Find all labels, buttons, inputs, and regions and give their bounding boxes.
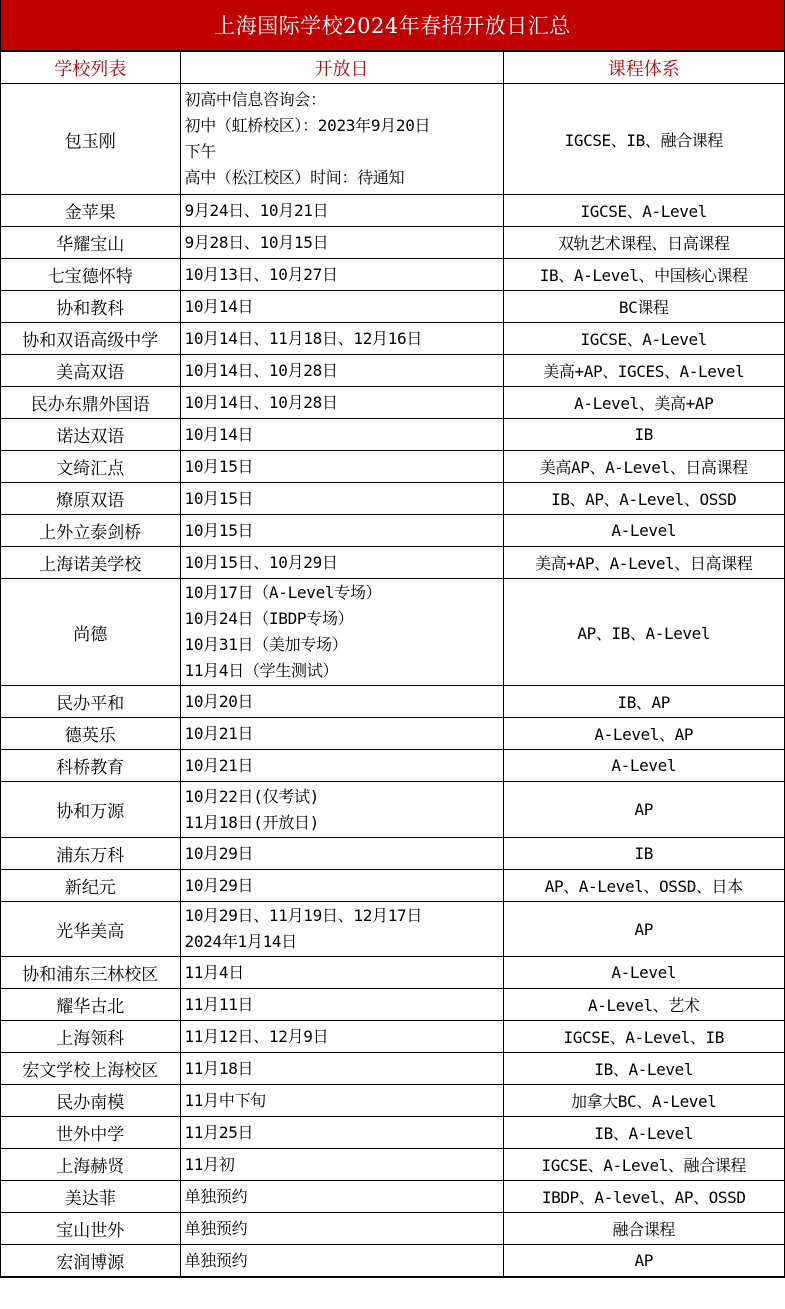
school-name-cell: 光华美高 — [1, 902, 180, 957]
open-day-table: 学校列表 开放日 课程体系 包玉刚初高中信息咨询会：初中（虹桥校区）：2023年… — [1, 51, 784, 1277]
school-name-cell: 尚德 — [1, 579, 180, 686]
school-name-cell: 燎原双语 — [1, 483, 180, 515]
school-name-cell: 诺达双语 — [1, 419, 180, 451]
curriculum-cell: A-Level、艺术 — [503, 989, 784, 1021]
school-name-cell: 协和万源 — [1, 782, 180, 838]
table-row: 德英乐10月21日A-Level、AP — [1, 718, 784, 750]
open-day-line: 初高中信息咨询会： — [185, 87, 503, 113]
open-day-line: 10月21日 — [185, 721, 503, 747]
school-name-cell: 德英乐 — [1, 718, 180, 750]
open-day-cell: 10月17日（A-Level专场）10月24日（IBDP专场）10月31日（美加… — [180, 579, 503, 686]
school-name-cell: 宏润博源 — [1, 1245, 180, 1277]
open-day-line: 11月初 — [185, 1152, 503, 1178]
table-row: 新纪元10月29日AP、A-Level、OSSD、日本 — [1, 870, 784, 902]
table-row: 上海诺美学校10月15日、10月29日美高+AP、A-Level、日高课程 — [1, 547, 784, 579]
open-day-cell: 10月14日 — [180, 419, 503, 451]
table-row: 宝山世外单独预约融合课程 — [1, 1213, 784, 1245]
table-row: 耀华古北11月11日A-Level、艺术 — [1, 989, 784, 1021]
open-day-cell: 单独预约 — [180, 1181, 503, 1213]
open-day-cell: 10月13日、10月27日 — [180, 259, 503, 291]
school-name-cell: 协和教科 — [1, 291, 180, 323]
open-day-line: 10月29日 — [185, 841, 503, 867]
curriculum-cell: AP — [503, 902, 784, 957]
open-day-cell: 单独预约 — [180, 1245, 503, 1277]
curriculum-cell: AP — [503, 1245, 784, 1277]
table-row: 上外立泰剑桥10月15日A-Level — [1, 515, 784, 547]
open-day-line: 11月18日(开放日) — [185, 810, 503, 836]
curriculum-cell: AP、A-Level、OSSD、日本 — [503, 870, 784, 902]
table-row: 上海领科11月12日、12月9日IGCSE、A-Level、IB — [1, 1021, 784, 1053]
open-day-cell: 10月14日 — [180, 291, 503, 323]
school-name-cell: 耀华古北 — [1, 989, 180, 1021]
school-name-cell: 上海领科 — [1, 1021, 180, 1053]
school-name-cell: 文绮汇点 — [1, 451, 180, 483]
open-day-line: 11月11日 — [185, 992, 503, 1018]
open-day-line: 10月29日、11月19日、12月17日 — [185, 903, 503, 929]
curriculum-cell: 加拿大BC、A-Level — [503, 1085, 784, 1117]
open-day-line: 10月24日（IBDP专场） — [185, 606, 503, 632]
open-day-cell: 11月4日 — [180, 957, 503, 989]
table-row: 金苹果9月24日、10月21日IGCSE、A-Level — [1, 195, 784, 227]
table-row: 华耀宝山9月28日、10月15日双轨艺术课程、日高课程 — [1, 227, 784, 259]
curriculum-cell: A-Level — [503, 750, 784, 782]
curriculum-cell: BC课程 — [503, 291, 784, 323]
curriculum-cell: A-Level — [503, 515, 784, 547]
open-day-line: 10月14日 — [185, 294, 503, 320]
open-day-cell: 9月24日、10月21日 — [180, 195, 503, 227]
curriculum-cell: IB — [503, 419, 784, 451]
curriculum-cell: IGCSE、A-Level — [503, 195, 784, 227]
school-name-cell: 民办南模 — [1, 1085, 180, 1117]
curriculum-cell: IB、A-Level — [503, 1053, 784, 1085]
open-day-line: 10月15日 — [185, 454, 503, 480]
open-day-cell: 10月21日 — [180, 750, 503, 782]
open-day-line: 10月15日、10月29日 — [185, 550, 503, 576]
curriculum-cell: A-Level — [503, 957, 784, 989]
open-day-line: 11月12日、12月9日 — [185, 1024, 503, 1050]
table-row: 协和双语高级中学10月14日、11月18日、12月16日IGCSE、A-Leve… — [1, 323, 784, 355]
curriculum-cell: A-Level、AP — [503, 718, 784, 750]
open-day-cell: 10月15日、10月29日 — [180, 547, 503, 579]
curriculum-cell: 美高+AP、A-Level、日高课程 — [503, 547, 784, 579]
open-day-cell: 11月18日 — [180, 1053, 503, 1085]
open-day-line: 10月14日、10月28日 — [185, 358, 503, 384]
school-name-cell: 科桥教育 — [1, 750, 180, 782]
table-row: 七宝德怀特10月13日、10月27日IB、A-Level、中国核心课程 — [1, 259, 784, 291]
table-body: 包玉刚初高中信息咨询会：初中（虹桥校区）：2023年9月20日下午高中（松江校区… — [1, 84, 784, 1277]
table-row: 包玉刚初高中信息咨询会：初中（虹桥校区）：2023年9月20日下午高中（松江校区… — [1, 84, 784, 195]
table-row: 美高双语10月14日、10月28日美高+AP、IGCES、A-Level — [1, 355, 784, 387]
column-header-row: 学校列表 开放日 课程体系 — [1, 52, 784, 84]
table-row: 科桥教育10月21日A-Level — [1, 750, 784, 782]
open-day-cell: 10月15日 — [180, 451, 503, 483]
curriculum-cell: IB — [503, 838, 784, 870]
table-row: 文绮汇点10月15日美高AP、A-Level、日高课程 — [1, 451, 784, 483]
school-name-cell: 新纪元 — [1, 870, 180, 902]
school-name-cell: 宝山世外 — [1, 1213, 180, 1245]
table-row: 光华美高10月29日、11月19日、12月17日2024年1月14日AP — [1, 902, 784, 957]
column-header-curriculum: 课程体系 — [503, 52, 784, 84]
table-title: 上海国际学校2024年春招开放日汇总 — [1, 0, 784, 51]
open-day-line: 2024年1月14日 — [185, 929, 503, 955]
table-row: 协和万源10月22日(仅考试)11月18日(开放日)AP — [1, 782, 784, 838]
open-day-line: 10月22日(仅考试) — [185, 784, 503, 810]
open-day-cell: 单独预约 — [180, 1213, 503, 1245]
open-day-line: 10月13日、10月27日 — [185, 262, 503, 288]
table-row: 民办平和10月20日IB、AP — [1, 686, 784, 718]
school-name-cell: 世外中学 — [1, 1117, 180, 1149]
curriculum-cell: 双轨艺术课程、日高课程 — [503, 227, 784, 259]
open-day-cell: 10月15日 — [180, 483, 503, 515]
open-day-line: 10月21日 — [185, 753, 503, 779]
open-day-line: 10月17日（A-Level专场） — [185, 580, 503, 606]
curriculum-cell: 美高+AP、IGCES、A-Level — [503, 355, 784, 387]
open-day-cell: 10月20日 — [180, 686, 503, 718]
curriculum-cell: IGCSE、IB、融合课程 — [503, 84, 784, 195]
open-day-line: 10月14日、11月18日、12月16日 — [185, 326, 503, 352]
open-day-cell: 10月14日、10月28日 — [180, 355, 503, 387]
open-day-cell: 9月28日、10月15日 — [180, 227, 503, 259]
school-name-cell: 包玉刚 — [1, 84, 180, 195]
curriculum-cell: 美高AP、A-Level、日高课程 — [503, 451, 784, 483]
curriculum-cell: AP — [503, 782, 784, 838]
curriculum-cell: A-Level、美高+AP — [503, 387, 784, 419]
open-day-cell: 11月11日 — [180, 989, 503, 1021]
school-name-cell: 七宝德怀特 — [1, 259, 180, 291]
open-day-line: 单独预约 — [185, 1248, 503, 1274]
table-row: 民办南模11月中下旬加拿大BC、A-Level — [1, 1085, 784, 1117]
table-row: 浦东万科10月29日IB — [1, 838, 784, 870]
open-day-line: 初中（虹桥校区）：2023年9月20日 — [185, 113, 503, 139]
open-day-line: 11月4日 — [185, 960, 503, 986]
school-name-cell: 浦东万科 — [1, 838, 180, 870]
open-day-cell: 初高中信息咨询会：初中（虹桥校区）：2023年9月20日下午高中（松江校区）时间… — [180, 84, 503, 195]
table-row: 上海赫贤11月初IGCSE、A-Level、融合课程 — [1, 1149, 784, 1181]
open-day-line: 11月中下旬 — [185, 1088, 503, 1114]
school-name-cell: 上外立泰剑桥 — [1, 515, 180, 547]
open-day-cell: 11月初 — [180, 1149, 503, 1181]
curriculum-cell: AP、IB、A-Level — [503, 579, 784, 686]
curriculum-cell: IGCSE、A-Level、IB — [503, 1021, 784, 1053]
curriculum-cell: IBDP、A-level、AP、OSSD — [503, 1181, 784, 1213]
column-header-open-day: 开放日 — [180, 52, 503, 84]
curriculum-cell: IB、A-Level — [503, 1117, 784, 1149]
open-day-line: 10月31日（美加专场） — [185, 632, 503, 658]
school-name-cell: 金苹果 — [1, 195, 180, 227]
open-day-line: 10月15日 — [185, 518, 503, 544]
table-row: 协和浦东三林校区11月4日A-Level — [1, 957, 784, 989]
table-row: 宏文学校上海校区11月18日IB、A-Level — [1, 1053, 784, 1085]
table-row: 诺达双语10月14日IB — [1, 419, 784, 451]
open-day-cell: 11月25日 — [180, 1117, 503, 1149]
school-name-cell: 民办东鼎外国语 — [1, 387, 180, 419]
table-row: 宏润博源单独预约AP — [1, 1245, 784, 1277]
open-day-cell: 10月22日(仅考试)11月18日(开放日) — [180, 782, 503, 838]
table-row: 协和教科10月14日BC课程 — [1, 291, 784, 323]
school-name-cell: 美达菲 — [1, 1181, 180, 1213]
table-row: 民办东鼎外国语10月14日、10月28日A-Level、美高+AP — [1, 387, 784, 419]
open-day-line: 11月18日 — [185, 1056, 503, 1082]
curriculum-cell: 融合课程 — [503, 1213, 784, 1245]
open-day-cell: 10月15日 — [180, 515, 503, 547]
open-day-line: 11月4日（学生测试） — [185, 658, 503, 684]
table-row: 尚德10月17日（A-Level专场）10月24日（IBDP专场）10月31日（… — [1, 579, 784, 686]
open-day-line: 11月25日 — [185, 1120, 503, 1146]
school-name-cell: 华耀宝山 — [1, 227, 180, 259]
column-header-school: 学校列表 — [1, 52, 180, 84]
open-day-line: 10月15日 — [185, 486, 503, 512]
school-name-cell: 美高双语 — [1, 355, 180, 387]
school-name-cell: 上海赫贤 — [1, 1149, 180, 1181]
open-day-cell: 11月12日、12月9日 — [180, 1021, 503, 1053]
table-row: 世外中学11月25日IB、A-Level — [1, 1117, 784, 1149]
open-day-line: 9月24日、10月21日 — [185, 198, 503, 224]
curriculum-cell: IB、AP、A-Level、OSSD — [503, 483, 784, 515]
open-day-line: 10月20日 — [185, 689, 503, 715]
spreadsheet: 上海国际学校2024年春招开放日汇总 学校列表 开放日 课程体系 包玉刚初高中信… — [0, 0, 785, 1278]
open-day-cell: 10月29日 — [180, 838, 503, 870]
open-day-cell: 10月14日、10月28日 — [180, 387, 503, 419]
open-day-cell: 10月21日 — [180, 718, 503, 750]
school-name-cell: 协和双语高级中学 — [1, 323, 180, 355]
curriculum-cell: IGCSE、A-Level、融合课程 — [503, 1149, 784, 1181]
school-name-cell: 宏文学校上海校区 — [1, 1053, 180, 1085]
open-day-cell: 10月29日 — [180, 870, 503, 902]
open-day-cell: 10月14日、11月18日、12月16日 — [180, 323, 503, 355]
curriculum-cell: IB、A-Level、中国核心课程 — [503, 259, 784, 291]
curriculum-cell: IB、AP — [503, 686, 784, 718]
open-day-line: 10月14日、10月28日 — [185, 390, 503, 416]
open-day-line: 10月14日 — [185, 422, 503, 448]
open-day-cell: 10月29日、11月19日、12月17日2024年1月14日 — [180, 902, 503, 957]
table-row: 美达菲单独预约IBDP、A-level、AP、OSSD — [1, 1181, 784, 1213]
open-day-cell: 11月中下旬 — [180, 1085, 503, 1117]
school-name-cell: 上海诺美学校 — [1, 547, 180, 579]
table-row: 燎原双语10月15日IB、AP、A-Level、OSSD — [1, 483, 784, 515]
open-day-line: 下午 — [185, 139, 503, 165]
open-day-line: 9月28日、10月15日 — [185, 230, 503, 256]
open-day-line: 单独预约 — [185, 1216, 503, 1242]
open-day-line: 高中（松江校区）时间：待通知 — [185, 165, 503, 191]
open-day-line: 单独预约 — [185, 1184, 503, 1210]
school-name-cell: 协和浦东三林校区 — [1, 957, 180, 989]
school-name-cell: 民办平和 — [1, 686, 180, 718]
curriculum-cell: IGCSE、A-Level — [503, 323, 784, 355]
open-day-line: 10月29日 — [185, 873, 503, 899]
